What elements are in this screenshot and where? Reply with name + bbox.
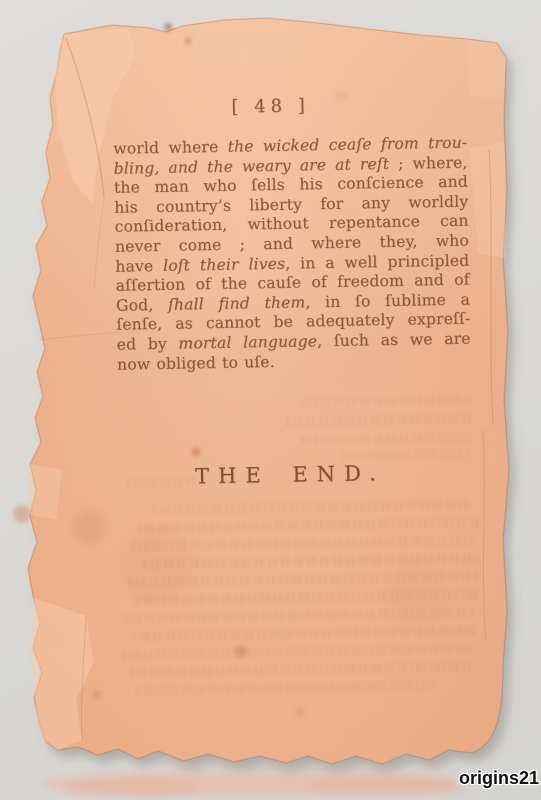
- printed-text-layer: [ 48 ] world where the wicked ceaſe from…: [0, 0, 541, 800]
- body-paragraph: world where the wicked ceaſe from trou-b…: [113, 134, 471, 375]
- showthrough-line: [136, 680, 436, 695]
- showthrough-line: [133, 625, 477, 641]
- showthrough-line: [143, 553, 478, 569]
- showthrough-line: [136, 589, 478, 605]
- showthrough-line: [131, 535, 476, 551]
- showthrough-line: [301, 395, 471, 408]
- showthrough-line: [153, 499, 473, 515]
- page-number-header: [ 48 ]: [145, 94, 395, 119]
- showthrough-line: [129, 571, 479, 587]
- showthrough-line: [138, 517, 478, 533]
- showthrough-line: [130, 662, 470, 678]
- showthrough-line: [301, 433, 471, 446]
- seller-watermark: origins21: [459, 768, 539, 789]
- showthrough-line: [124, 607, 474, 623]
- photo-of-pamphlet-page: [ 48 ] world where the wicked ceaſe from…: [0, 0, 541, 800]
- showthrough-line: [123, 644, 473, 660]
- showthrough-line: [286, 414, 471, 427]
- showthrough-line: [342, 449, 472, 461]
- showthrough-line: [127, 476, 197, 487]
- the-end-label: THE END.: [195, 460, 435, 488]
